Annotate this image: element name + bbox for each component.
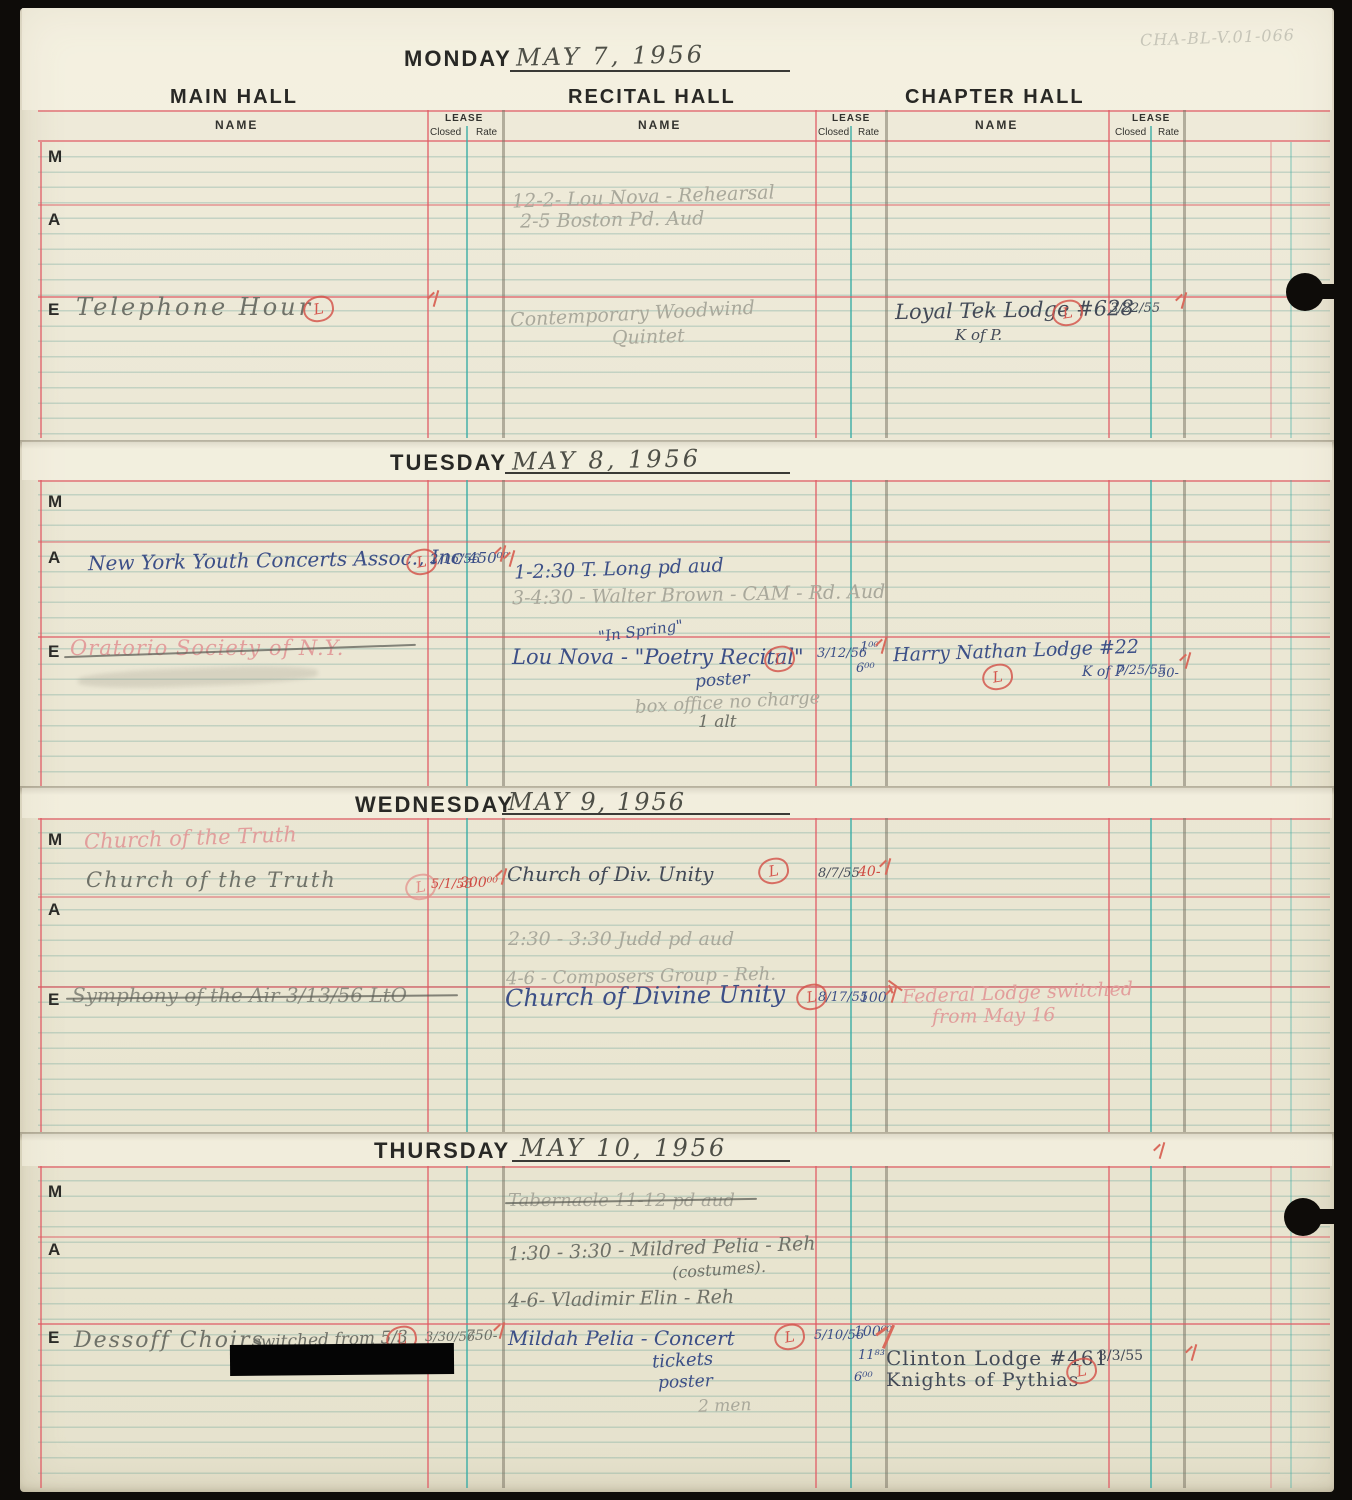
closed-col-header-chapter: Closed bbox=[1115, 127, 1146, 138]
rate-col-header-recital: Rate bbox=[858, 127, 879, 138]
thursday-row-m: M bbox=[48, 1182, 62, 1202]
chapter-hall-header: CHAPTER HALL bbox=[905, 86, 1085, 109]
entry-cdu-rate: 40- bbox=[858, 864, 881, 880]
red-check-icon bbox=[876, 637, 890, 654]
monday-row-e: E bbox=[48, 300, 59, 320]
redaction-bar bbox=[230, 1343, 454, 1376]
rate-col-header-chapter: Rate bbox=[1158, 127, 1179, 138]
name-col-header-recital: NAME bbox=[638, 118, 681, 132]
red-check-icon bbox=[1176, 292, 1190, 309]
thursday-row-e: E bbox=[48, 1328, 59, 1348]
monday-row-m: M bbox=[48, 147, 62, 167]
entry-tickets-note: tickets bbox=[651, 1348, 713, 1372]
entry-lounova-rate-bottom: 6⁰⁰ bbox=[856, 661, 875, 676]
entry-cdu2-rate: 100 bbox=[860, 990, 887, 1006]
entry-loyal-closed-date: 3/22/55 bbox=[1110, 301, 1160, 316]
closed-col-header-main: Closed bbox=[430, 127, 461, 138]
wednesday-date-handwritten: MAY 9, 1956 bbox=[508, 788, 686, 816]
main-hall-header: MAIN HALL bbox=[170, 86, 298, 109]
red-check-icon bbox=[494, 1322, 508, 1339]
header-bottom-line bbox=[38, 140, 1330, 142]
wednesday-row-m: M bbox=[48, 830, 62, 850]
lease-col-header-main: LEASE bbox=[445, 113, 483, 124]
entry-judd: 2:30 - 3:30 Judd pd aud bbox=[508, 928, 734, 950]
entry-harry-rate: 50- bbox=[1158, 666, 1179, 681]
entry-quintet: Quintet bbox=[612, 325, 685, 350]
tuesday-row-e: E bbox=[48, 642, 59, 662]
wednesday-row-a: A bbox=[48, 900, 60, 920]
entry-two-men-note: 2 men bbox=[698, 1395, 752, 1417]
wednesday-label: WEDNESDAY bbox=[355, 792, 514, 818]
entry-vladimir-elin: 4-6- Vladimir Elin - Reh bbox=[508, 1286, 735, 1312]
red-check-icon bbox=[880, 858, 894, 875]
tuesday-label: TUESDAY bbox=[390, 450, 507, 476]
entry-federal-lodge-2: from May 16 bbox=[932, 1004, 1056, 1028]
monday-row-a: A bbox=[48, 210, 60, 230]
red-check-icon bbox=[428, 290, 442, 307]
entry-alt-note: 1 alt bbox=[698, 712, 737, 732]
thursday-row-a: A bbox=[48, 1240, 60, 1260]
ledger-scan: { "header": { "archive_code": "CHA-BL-V.… bbox=[0, 0, 1352, 1500]
name-col-header-chapter: NAME bbox=[975, 118, 1018, 132]
tuesday-row-a: A bbox=[48, 548, 60, 568]
wednesday-row-e: E bbox=[48, 990, 59, 1010]
thursday-label: THURSDAY bbox=[374, 1138, 510, 1164]
lease-col-header-recital: LEASE bbox=[832, 113, 870, 124]
entry-poster-note-thu: poster bbox=[658, 1371, 714, 1393]
hole-punch-tab bbox=[1314, 1209, 1352, 1224]
tuesday-date-handwritten: MAY 8, 1956 bbox=[512, 444, 701, 475]
entry-clinton-rate-top: 11⁸³ bbox=[858, 1348, 885, 1363]
entry-lou-nova-poetry: Lou Nova - "Poetry Recital" bbox=[512, 645, 804, 669]
entry-clinton-org: Knights of Pythias bbox=[886, 1369, 1079, 1391]
entry-clinton-closed: 3/3/55 bbox=[1098, 1348, 1143, 1364]
red-check-icon bbox=[1180, 652, 1194, 669]
tuesday-row-m: M bbox=[48, 492, 62, 512]
monday-date-line bbox=[510, 70, 790, 72]
entry-boston-aud: 2-5 Boston Pd. Aud bbox=[520, 207, 705, 232]
monday-label: MONDAY bbox=[404, 46, 512, 72]
entry-church-truth: Church of the Truth bbox=[86, 868, 337, 892]
red-check-icon bbox=[1154, 1142, 1168, 1159]
entry-church-div-unity: Church of Div. Unity bbox=[507, 862, 713, 886]
entry-mildah-pelia-concert: Mildah Pelia - Concert bbox=[508, 1326, 735, 1350]
rate-col-header-main: Rate bbox=[476, 127, 497, 138]
entry-poster-note: poster bbox=[694, 668, 750, 692]
entry-loyal-org: K of P. bbox=[955, 326, 1002, 344]
monday-date-handwritten: MAY 7, 1956 bbox=[516, 40, 705, 71]
closed-col-header-recital: Closed bbox=[818, 127, 849, 138]
thursday-date-handwritten: MAY 10, 1956 bbox=[520, 1134, 727, 1162]
red-check-icon bbox=[1186, 1344, 1200, 1361]
hole-punch-tab bbox=[1316, 284, 1352, 299]
entry-loyal-tek-lodge: Loyal Tek Lodge #628 bbox=[895, 296, 1134, 324]
name-col-header-main: NAME bbox=[215, 118, 258, 132]
entry-church-divine-unity: Church of Divine Unity bbox=[505, 980, 786, 1013]
entry-telephone-hour: Telephone Hour bbox=[76, 293, 313, 321]
entry-cdu-closed: 8/7/55 bbox=[818, 866, 860, 881]
entry-clinton-rate-bottom: 6⁰⁰ bbox=[854, 1370, 873, 1385]
entry-church-truth-rate: 300⁰⁰ bbox=[460, 875, 498, 891]
header-top-line bbox=[38, 110, 1330, 112]
lease-col-header-chapter: LEASE bbox=[1132, 113, 1170, 124]
recital-hall-header: RECITAL HALL bbox=[568, 86, 736, 109]
